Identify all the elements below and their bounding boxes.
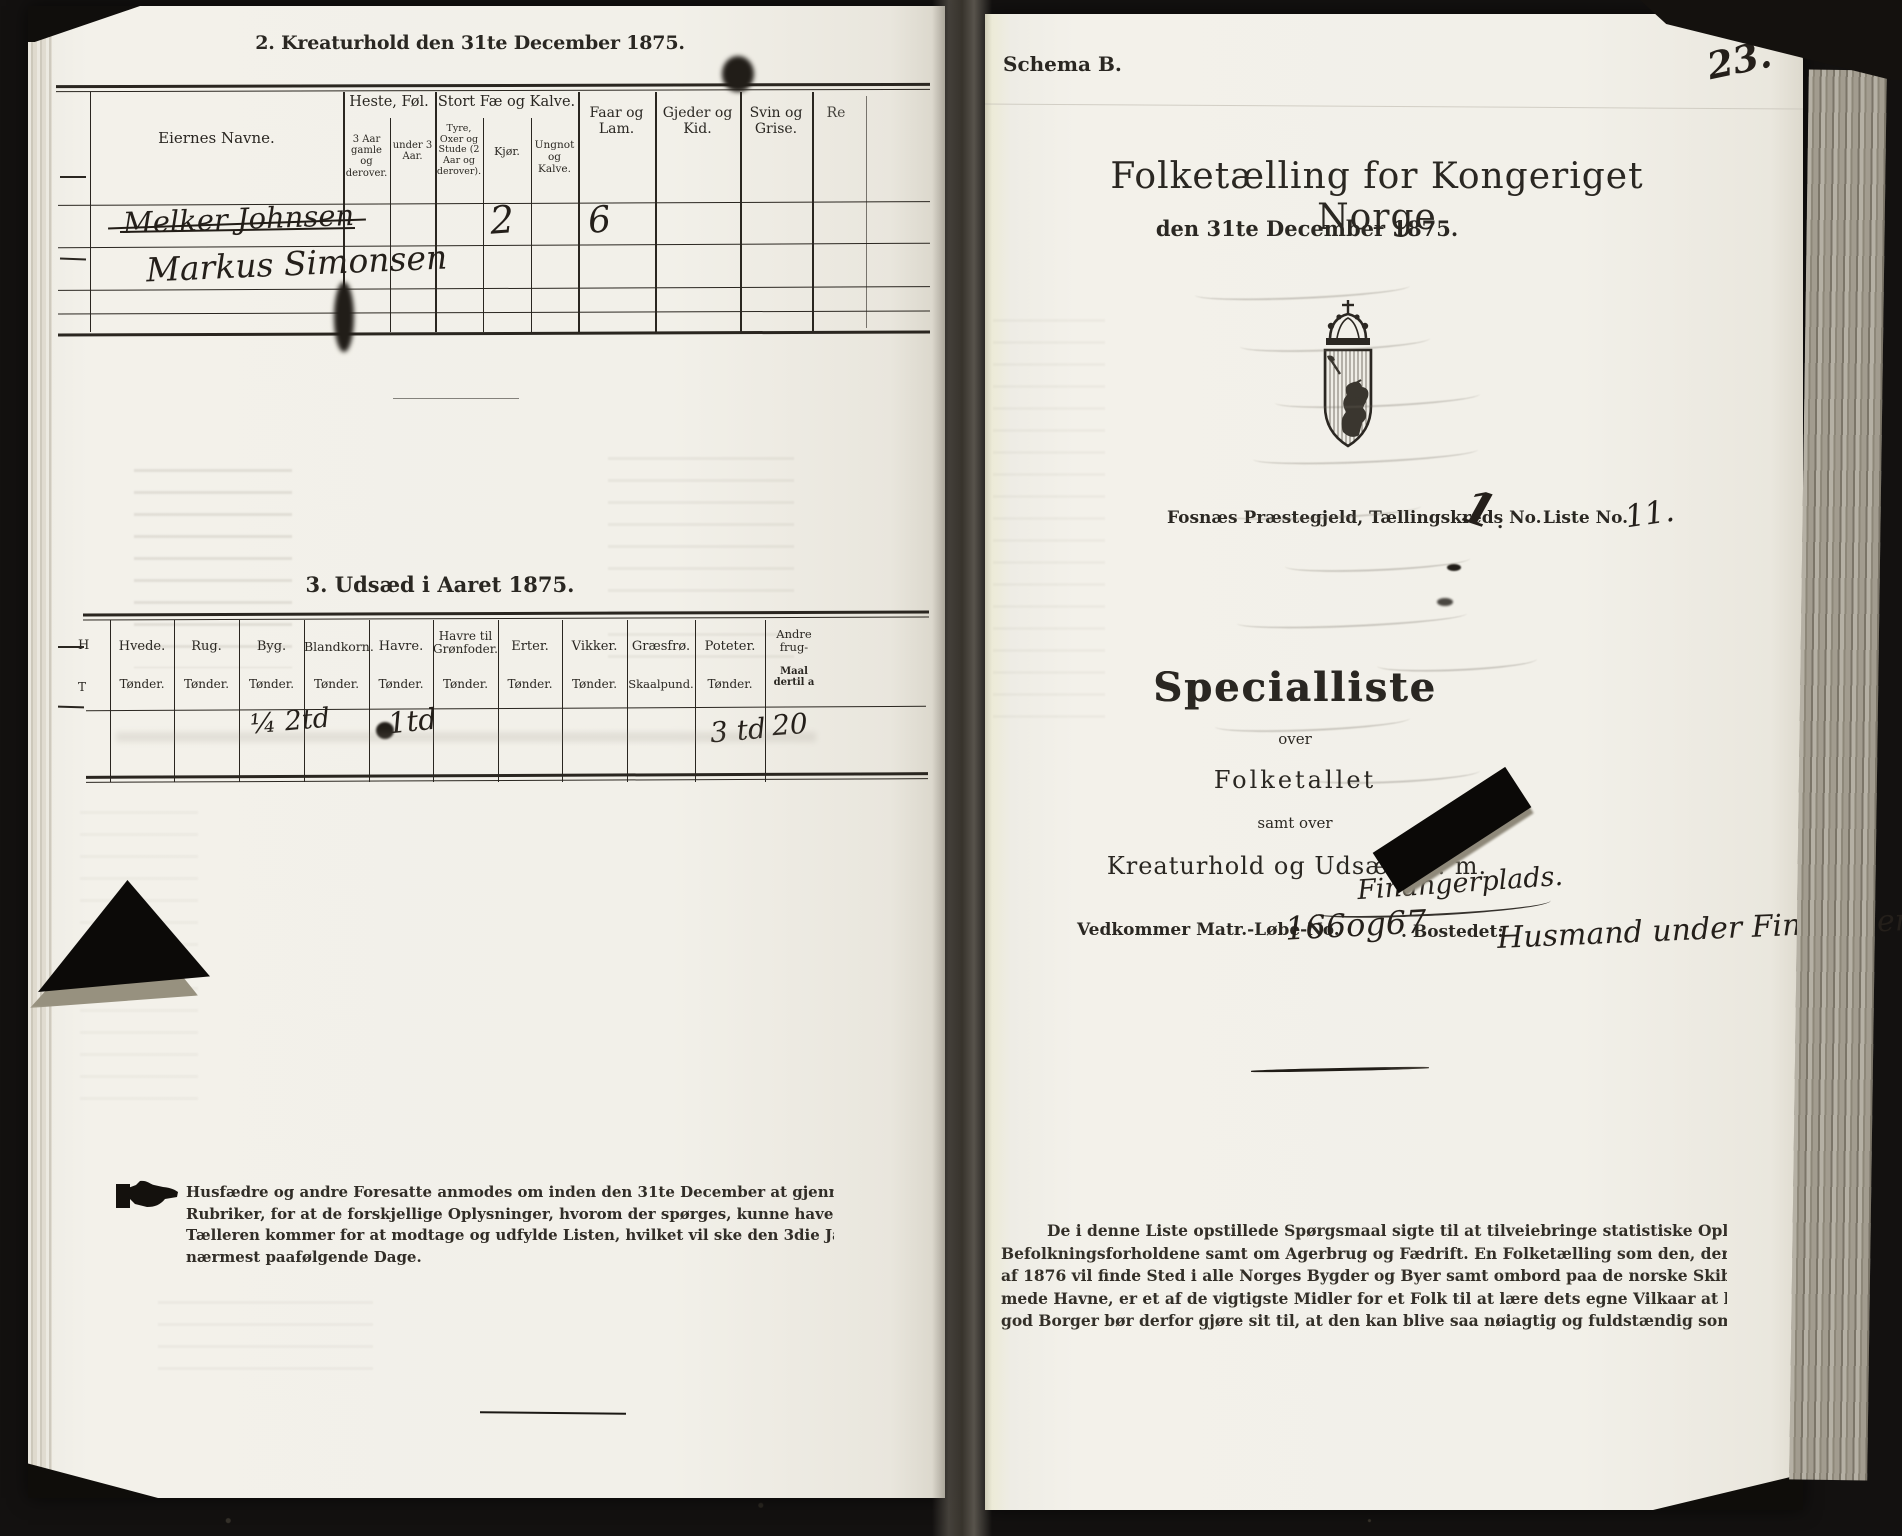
col-header-faar-lam: Faar og Lam. [578,106,655,137]
col-header-heste-foel: Heste, Føl. [343,94,435,110]
cut-column-header: H [78,638,89,653]
ink-mark [1447,564,1461,571]
footnote-line: Husfædre og andre Foresatte anmodes om i… [186,1182,834,1204]
udsaed-col-unit: Maal dertil a [765,666,823,688]
book-gutter [932,0,992,1536]
col-unit: Tønder. [314,677,359,691]
bleed-through-text [993,306,1105,724]
liste-number-entry: 11. [1623,493,1677,536]
table-rule [56,89,930,93]
table-rule [58,330,930,336]
district-period: . [1497,512,1503,533]
udsaed-col-poteter: Poteter. [695,640,765,655]
col-unit: Tønder. [249,677,294,691]
col-header-kjoer: Kjør. [484,146,530,158]
udsaed-col-unit: Skaalpund. [627,678,695,691]
corner-shadow-bottom-right [1653,1470,1803,1510]
udsaed-col-unit: Tønder. [498,678,562,691]
col-name: Andre frug- [776,627,811,654]
ink-smudge [334,282,354,352]
document-subtitle: den 31te December 1875. [1047,216,1567,241]
table-rule [86,778,928,783]
specialliste-heading: Specialliste [1045,664,1545,711]
udsaed-col-unit: Tønder. [174,678,239,691]
schema-label: Schema B. [1003,52,1122,76]
udsaed-col-havre-groenfoder: Havre til Grønfoder. [433,630,498,657]
scanned-census-book: { "left_page": { "kreaturhold": { "title… [0,0,1902,1536]
col-name: Erter. [511,639,549,654]
col-name: Rug. [191,639,222,654]
col-unit: Tønder. [443,677,488,691]
udsaed-col-unit: Tønder. [433,678,498,691]
col-header-under3aar: under 3 Aar. [391,140,434,162]
cut-column-rule [60,176,86,178]
udsaed-col-hvede: Hvede. [110,640,174,655]
udsaed-col-erter: Erter. [498,640,562,655]
col-header-ungnot: Ungnot og Kalve. [532,140,577,175]
faar-lam-count-entry: 6 [586,199,613,242]
footnote-line: Tælleren kommer for at modtage og udfyld… [186,1225,834,1247]
paragraph-line: De i denne Liste opstillede Spørgsmaal s… [1001,1220,1727,1243]
udsaed-col-unit: Tønder. [110,678,174,691]
col-unit: Maal dertil a [774,666,815,688]
cut-column-rule [58,706,84,708]
col-header-stort-fae: Stort Fæ og Kalve. [435,94,578,110]
udsaed-col-blandkorn: Blandkorn. [304,640,369,654]
bleed-through-script [1285,550,1471,575]
right-page-stack-edge [1789,70,1887,1481]
footnote-paragraph: Husfædre og andre Foresatte anmodes om i… [186,1182,834,1278]
udsaed-col-unit: Tønder. [304,678,369,691]
paragraph-line: mede Havne, er et af de vigtigste Midler… [1001,1288,1727,1311]
col-header-tyre-oxer: Tyre, Oxer og Stude (2 Aar og derover). [436,124,482,177]
smear-streak [116,732,816,742]
udsaed-col-unit: Tønder. [239,678,304,691]
left-page-edge [28,6,52,1498]
col-header-gjeder-kid: Gjeder og Kid. [655,106,740,137]
col-name: Vikker. [572,639,618,654]
col-header-eiernes-navne: Eiernes Navne. [90,130,343,147]
col-name: Blandkorn. [304,639,374,654]
table-rule [56,83,930,88]
table-rule [86,772,928,778]
section-divider-line [1251,1066,1429,1072]
udsaed-col-unit: Tønder. [562,678,627,691]
col-unit: Skaalpund. [628,677,693,691]
bleed-through-text [158,1288,373,1376]
udsaed-title: 3. Udsæd i Aaret 1875. [190,572,690,597]
liste-label: Liste No. [1543,508,1628,528]
table-line [812,92,814,332]
owner-name-entry: Markus Simonsen [145,237,448,289]
paragraph-line: af 1876 vil finde Sted i alle Norges Byg… [1001,1265,1727,1288]
table-line [90,92,91,332]
footnote-line: Rubriker, for at de forskjellige Oplysni… [186,1204,834,1226]
col-unit: Tønder. [378,677,423,691]
instruction-paragraph: De i denne Liste opstillede Spørgsmaal s… [1001,1220,1727,1342]
specialliste-over: over [1045,730,1545,748]
left-page: 2. Kreaturhold den 31te December 1875. E… [28,6,945,1498]
col-name: Byg. [257,639,286,654]
table-rule [58,310,930,314]
udsaed-col-havre: Havre. [369,640,433,655]
udsaed-col-graesfroe: Græsfrø. [627,640,695,655]
taellingskreds-number-entry: 1 [1455,478,1502,539]
bostedet-label: . Bostedet: [1401,922,1504,942]
kjoer-count-entry: 2 [488,197,515,243]
col-unit: Tønder. [572,677,617,691]
cut-column-rule [60,258,86,261]
stray-rule [393,398,519,399]
udsaed-col-unit: Tønder. [369,678,433,691]
ink-mark [1437,598,1453,606]
ink-smudge [722,56,754,92]
page-curl-line [985,104,1803,110]
col-unit: Tønder. [507,677,552,691]
col-name: Poteter. [705,639,756,654]
coat-of-arms [1313,298,1383,468]
col-name: Havre til Grønfoder. [433,629,498,656]
col-unit: Tønder. [184,677,229,691]
udsaed-col-vikker: Vikker. [562,640,627,655]
paragraph-line: god Borger bør derfor gjøre sit til, at … [1001,1310,1727,1333]
table-line [866,96,867,328]
stray-ink-line [480,1411,626,1414]
bleed-through-script [1237,605,1468,632]
bleed-through-text [134,456,292,668]
col-header-svin-grise: Svin og Grise. [740,106,812,137]
cut-column-unit: T [78,680,86,694]
manicule-icon [116,1180,178,1218]
col-name: Hvede. [119,639,166,654]
col-unit: Tønder. [707,677,752,691]
kreaturhold-title: 2. Kreaturhold den 31te December 1875. [170,32,770,54]
udsaed-col-rug: Rug. [174,640,239,655]
col-name: Havre. [379,639,423,654]
udsaed-col-unit: Tønder. [695,678,765,691]
col-header-rensdyr-partial: Re [816,106,856,122]
udsaed-value-poteter: 3 td [709,712,768,750]
owner-name-entry: Melker Johnsen [122,198,354,240]
udsaed-col-andre: Andre frug- [765,628,823,654]
col-unit: Tønder. [119,677,164,691]
col-name: Græsfrø. [632,639,690,654]
right-page: Schema B. 23. Folketælling for Kongerige… [985,14,1803,1510]
paragraph-line: Befolkningsforholdene samt om Agerbrug o… [1001,1243,1727,1266]
col-header-3aar: 3 Aar gamle og derover. [344,134,389,179]
udsaed-col-byg: Byg. [239,640,304,655]
corner-shadow-top-left [28,6,140,42]
footnote-line: nærmest paafølgende Dage. [186,1247,834,1269]
